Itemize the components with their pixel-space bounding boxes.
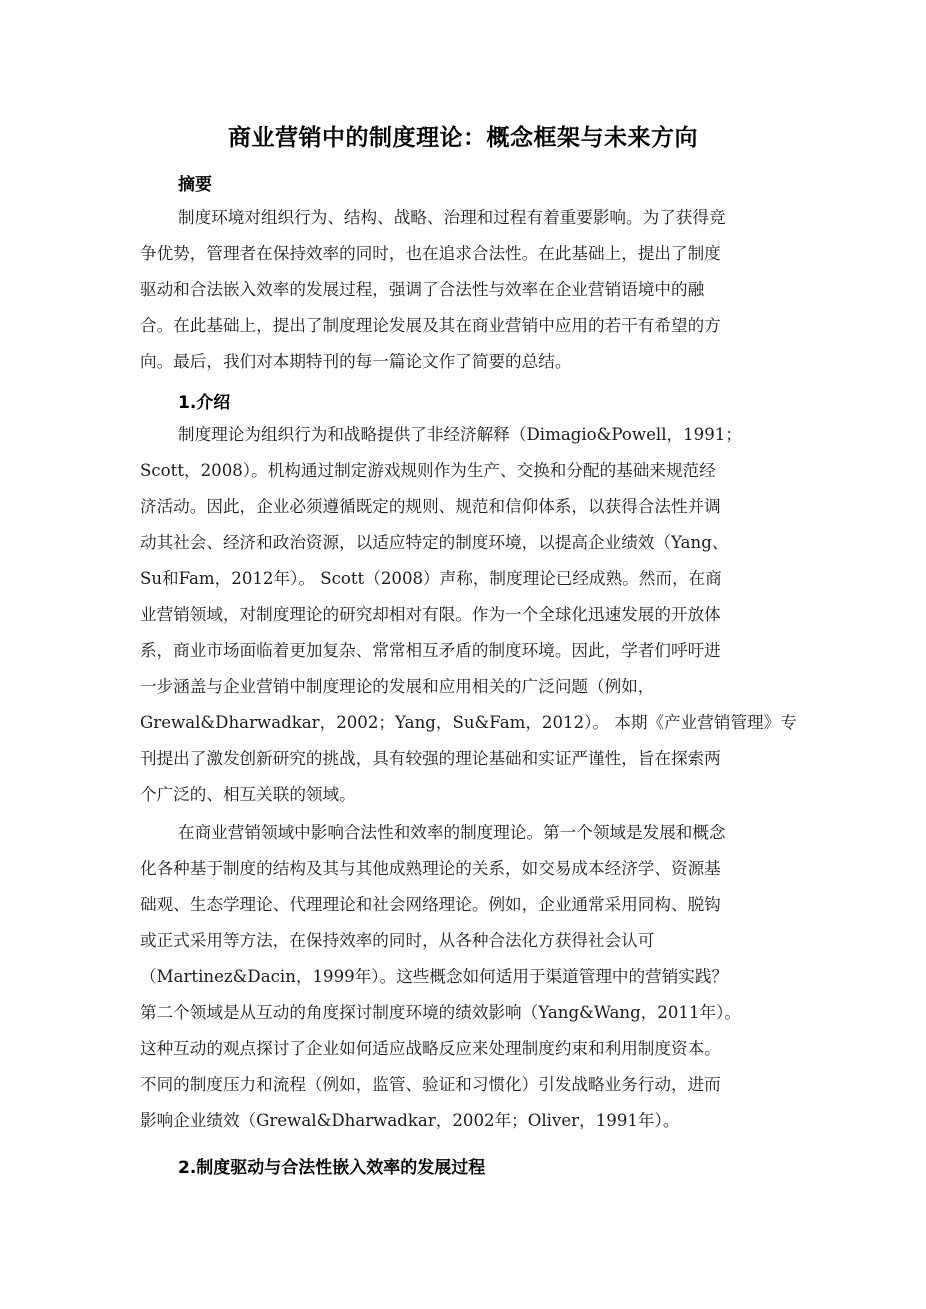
text-line: Grewal&Dharwadkar，2002；Yang，Su&Fam，2012）… (140, 713, 800, 733)
document-page: 商业营销中的制度理论：概念框架与未来方向 摘要 制度环境对组织行为、结构、战略、… (0, 0, 926, 1309)
text-line: 系，商业市场面临着更加复杂、常常相互矛盾的制度环境。因此，学者们呼吁进 (140, 641, 800, 661)
text-line: 一步涵盖与企业营销中制度理论的发展和应用相关的广泛问题（例如， (140, 677, 800, 697)
text-line: 化各种基于制度的结构及其与其他成熟理论的关系，如交易成本经济学、资源基 (140, 859, 800, 879)
document-title: 商业营销中的制度理论：概念框架与未来方向 (0, 119, 926, 152)
text-line: 济活动。因此，企业必须遵循既定的规则、规范和信仰体系，以获得合法性并调 (140, 497, 800, 517)
text-line: 不同的制度压力和流程（例如，监管、验证和习惯化）引发战略业务行动，进而 (140, 1075, 800, 1095)
text-line: 础观、生态学理论、代理理论和社会网络理论。例如，企业通常采用同构、脱钩 (140, 895, 800, 915)
text-line: 这种互动的观点探讨了企业如何适应战略反应来处理制度约束和利用制度资本。 (140, 1039, 800, 1059)
text-line: （Martinez&Dacin，1999年）。这些概念如何适用于渠道管理中的营销… (140, 967, 800, 987)
text-line: 个广泛的、相互关联的领域。 (140, 785, 800, 805)
text-line: 驱动和合法嵌入效率的发展过程，强调了合法性与效率在企业营销语境中的融 (140, 280, 800, 300)
text-line: 制度理论为组织行为和战略提供了非经济解释（Dimagio&Powell，1991… (178, 425, 838, 445)
section-heading-introduction: 1.介绍 (178, 388, 230, 413)
text-line: 争优势，管理者在保持效率的同时，也在追求合法性。在此基础上，提出了制度 (140, 244, 800, 264)
section-heading-2: 2.制度驱动与合法性嵌入效率的发展过程 (178, 1153, 485, 1178)
text-line: 刊提出了激发创新研究的挑战，具有较强的理论基础和实证严谨性，旨在探索两 (140, 749, 800, 769)
text-line: 第二个领域是从互动的角度探讨制度环境的绩效影响（Yang&Wang，2011年）… (140, 1003, 800, 1023)
text-line: 动其社会、经济和政治资源，以适应特定的制度环境，以提高企业绩效（Yang、 (140, 533, 800, 553)
text-line: Su和Fam，2012年）。 Scott（2008）声称，制度理论已经成熟。然而… (140, 569, 800, 589)
text-line: Scott，2008）。机构通过制定游戏规则作为生产、交换和分配的基础来规范经 (140, 461, 800, 481)
text-line: 或正式采用等方法，在保持效率的同时，从各种合法化方获得社会认可 (140, 931, 800, 951)
text-line: 在商业营销领域中影响合法性和效率的制度理论。第一个领域是发展和概念 (178, 823, 838, 843)
text-line: 向。最后，我们对本期特刊的每一篇论文作了简要的总结。 (140, 352, 800, 372)
abstract-heading: 摘要 (178, 170, 212, 195)
text-line: 业营销领域，对制度理论的研究却相对有限。作为一个全球化迅速发展的开放体 (140, 605, 800, 625)
text-line: 影响企业绩效（Grewal&Dharwadkar，2002年；Oliver，19… (140, 1111, 800, 1131)
text-line: 合。在此基础上，提出了制度理论发展及其在商业营销中应用的若干有希望的方 (140, 316, 800, 336)
text-line: 制度环境对组织行为、结构、战略、治理和过程有着重要影响。为了获得竞 (178, 208, 838, 228)
